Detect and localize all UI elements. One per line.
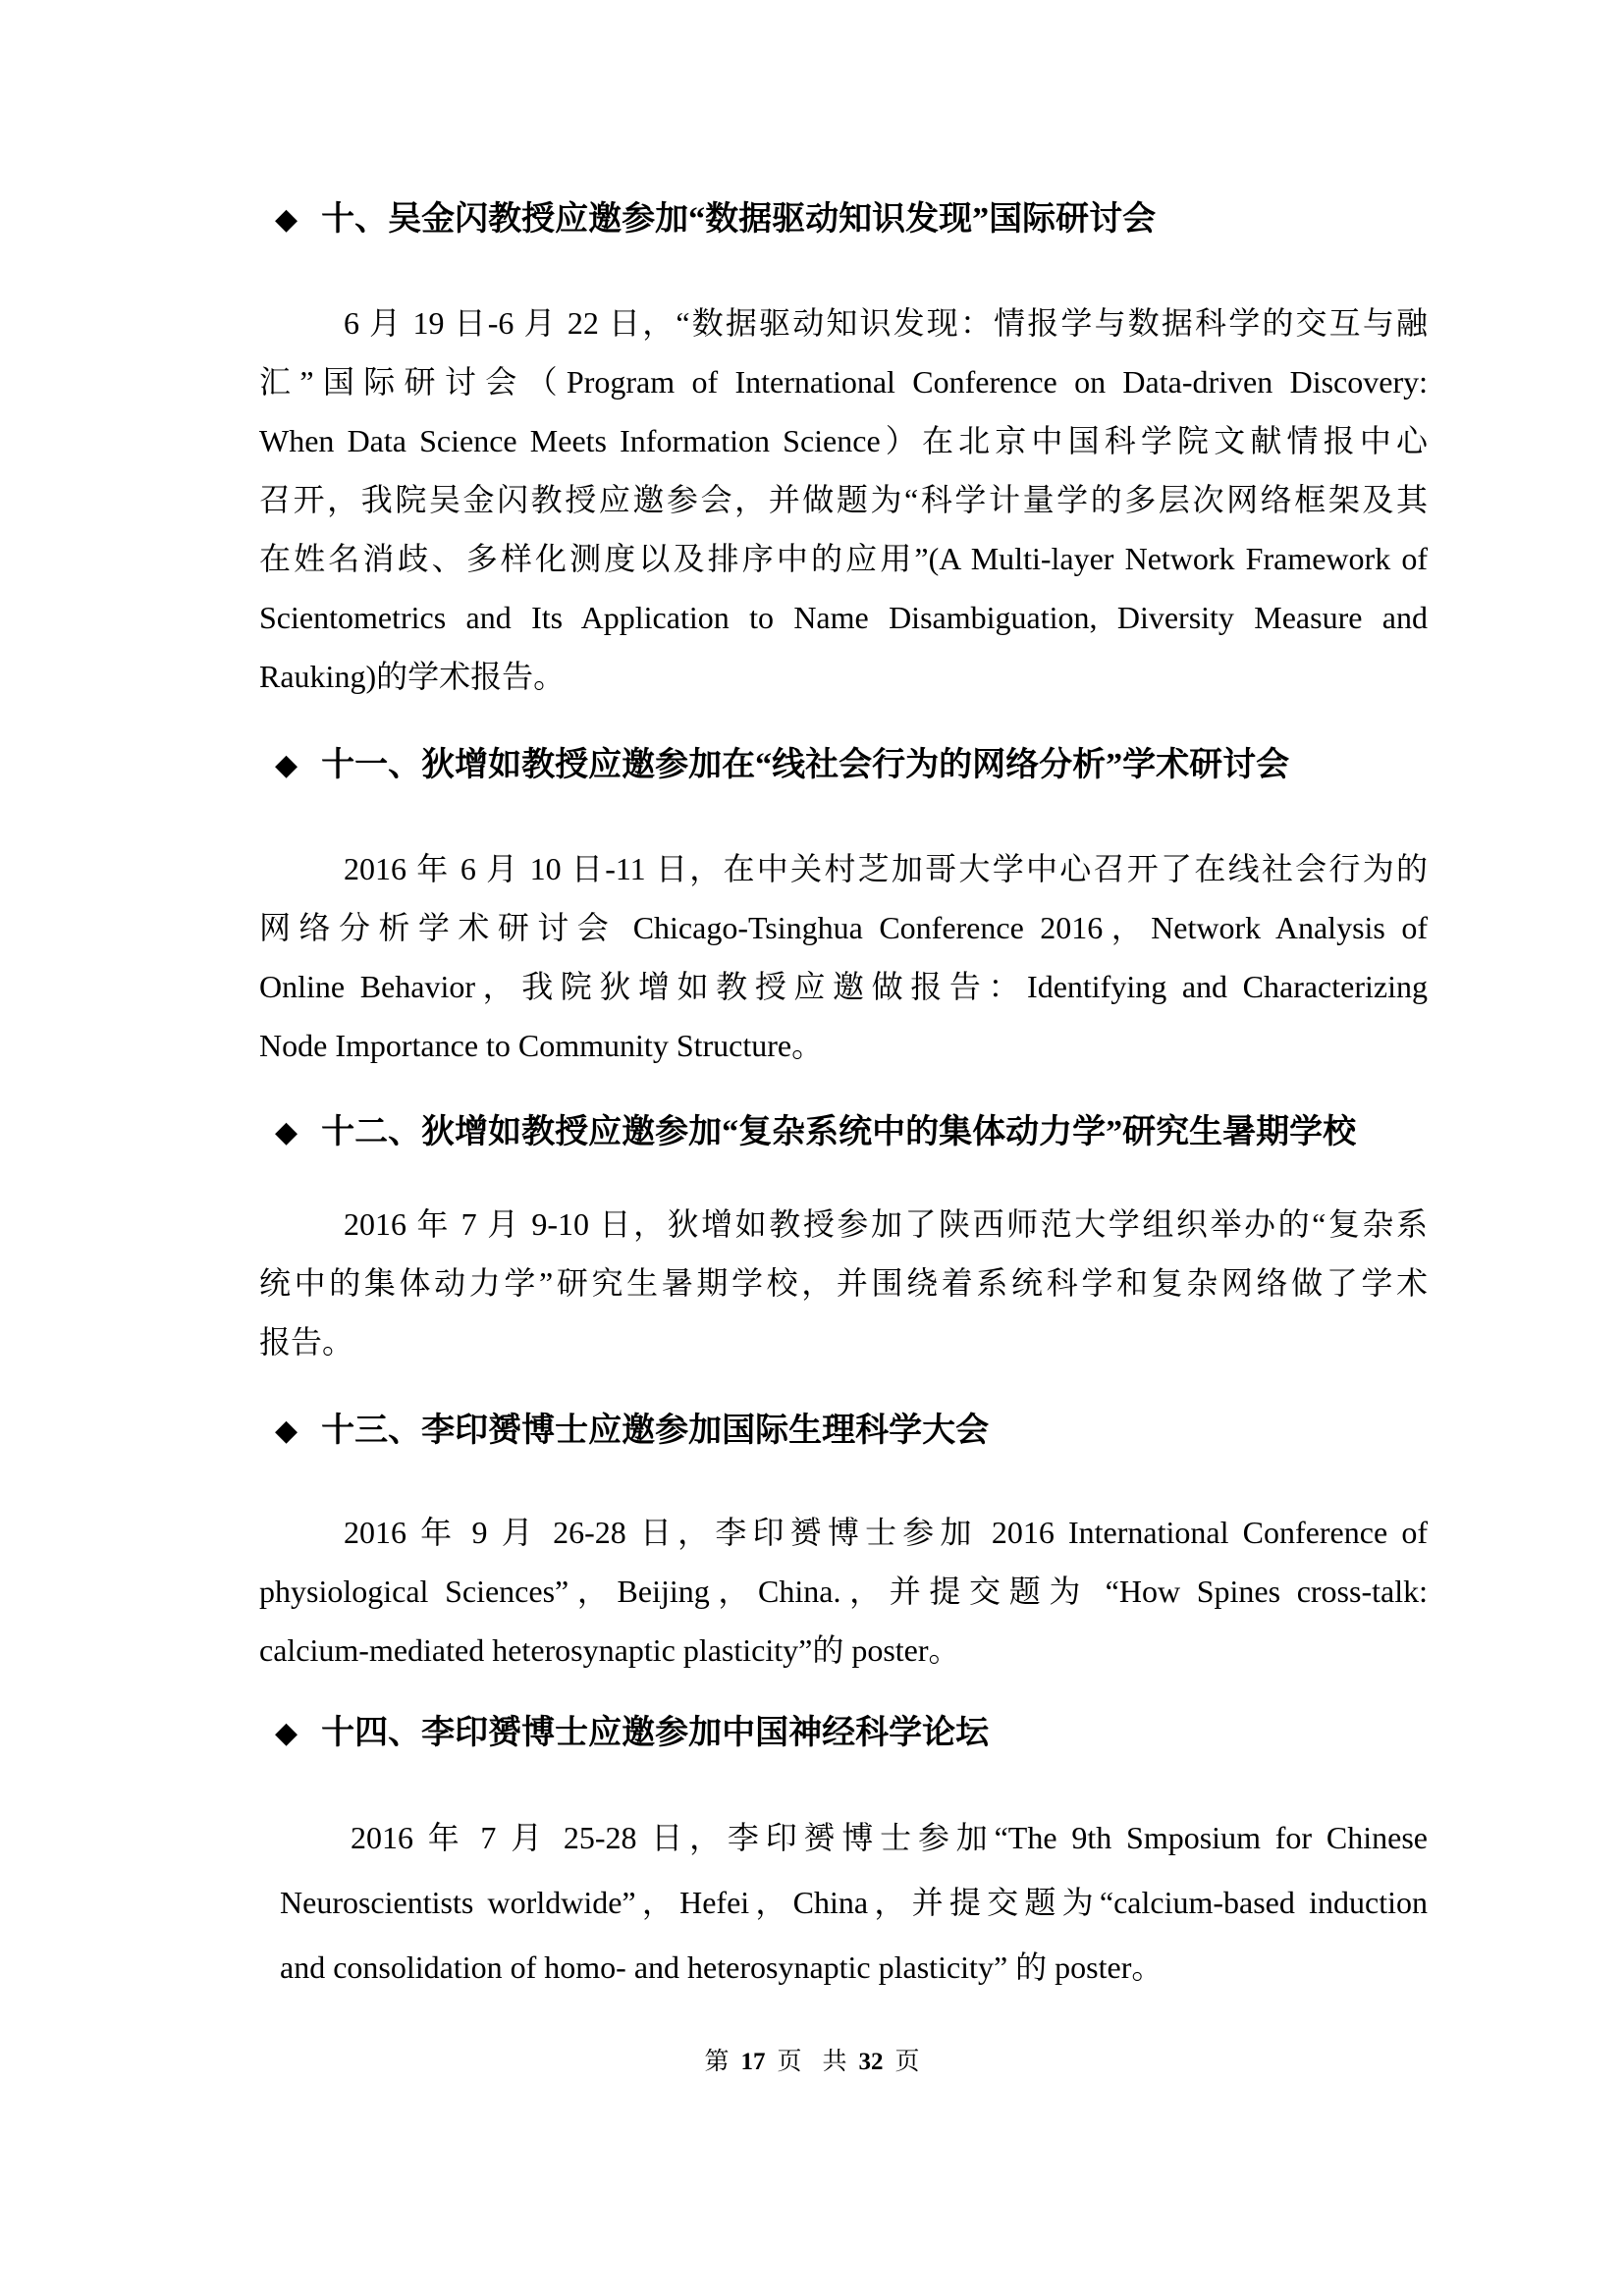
paragraph-line: When Data Science Meets Information Scie…	[259, 411, 1428, 470]
section-heading-text: 十三、李印赟博士应邀参加国际生理科学大会	[321, 1413, 989, 1450]
footer-label-gong: 共	[823, 2049, 847, 2075]
section-paragraph: 2016 年 7 月 9-10 日，狄增如教授参加了陕西师范大学组织举办的“复杂…	[259, 1195, 1428, 1371]
paragraph-line: physiological Sciences”，Beijing，China.，并…	[259, 1562, 1428, 1621]
paragraph-line: and consolidation of homo- and heterosyn…	[280, 1935, 1428, 2000]
paragraph-line: Neuroscientists worldwide”，Hefei，China，并…	[280, 1870, 1428, 1935]
paragraph-line: Rauking)的学术报告。	[259, 647, 1428, 706]
diamond-bullet-icon: ◆	[275, 751, 298, 780]
footer-label-ye2: 页	[895, 2049, 920, 2075]
paragraph-line: 在姓名消歧、多样化测度以及排序中的应用”(A Multi-layer Netwo…	[259, 529, 1428, 588]
paragraph-line: Online Behavior，我院狄增如教授应邀做报告：Identifying…	[259, 957, 1428, 1016]
document-page: ◆ 十、吴金闪教授应邀参加“数据驱动知识发现”国际研讨会 6 月 19 日-6 …	[0, 0, 1624, 2296]
newsletter-content: ◆ 十、吴金闪教授应邀参加“数据驱动知识发现”国际研讨会 6 月 19 日-6 …	[259, 0, 1428, 2000]
news-section: ◆ 十、吴金闪教授应邀参加“数据驱动知识发现”国际研讨会 6 月 19 日-6 …	[259, 201, 1428, 706]
diamond-bullet-icon: ◆	[275, 1719, 298, 1748]
paragraph-line: 2016 年 6 月 10 日-11 日，在中关村芝加哥大学中心召开了在线社会行…	[259, 839, 1428, 898]
paragraph-line: 2016 年 7 月 9-10 日，狄增如教授参加了陕西师范大学组织举办的“复杂…	[259, 1195, 1428, 1254]
section-heading-text: 十、吴金闪教授应邀参加“数据驱动知识发现”国际研讨会	[321, 201, 1156, 239]
paragraph-line: 汇”国际研讨会（Program of International Confere…	[259, 352, 1428, 411]
news-section: ◆ 十四、李印赟博士应邀参加中国神经科学论坛 2016 年 7 月 25-28 …	[259, 1715, 1428, 2000]
paragraph-line: 6 月 19 日-6 月 22 日，“数据驱动知识发现：情报学与数据科学的交互与…	[259, 294, 1428, 352]
footer-total-pages: 32	[859, 2049, 884, 2075]
page-footer: 第17页共32页	[0, 2048, 1624, 2077]
section-heading: ◆ 十、吴金闪教授应邀参加“数据驱动知识发现”国际研讨会	[259, 201, 1428, 239]
diamond-bullet-icon: ◆	[275, 1416, 298, 1446]
paragraph-line: 统中的集体动力学”研究生暑期学校，并围绕着系统科学和复杂网络做了学术	[259, 1254, 1428, 1312]
section-heading-text: 十四、李印赟博士应邀参加中国神经科学论坛	[321, 1715, 989, 1752]
paragraph-line: 召开，我院吴金闪教授应邀参会，并做题为“科学计量学的多层次网络框架及其	[259, 470, 1428, 529]
section-paragraph: 6 月 19 日-6 月 22 日，“数据驱动知识发现：情报学与数据科学的交互与…	[259, 294, 1428, 706]
news-section: ◆ 十一、狄增如教授应邀参加在“线社会行为的网络分析”学术研讨会 2016 年 …	[259, 747, 1428, 1075]
section-heading-text: 十二、狄增如教授应邀参加“复杂系统中的集体动力学”研究生暑期学校	[321, 1114, 1356, 1151]
footer-label-di: 第	[704, 2049, 729, 2075]
section-paragraph: 2016 年 9 月 26-28 日，李印赟博士参加 2016 Internat…	[259, 1503, 1428, 1680]
section-heading-text: 十一、狄增如教授应邀参加在“线社会行为的网络分析”学术研讨会	[321, 747, 1289, 784]
diamond-bullet-icon: ◆	[275, 1118, 298, 1148]
section-heading: ◆ 十二、狄增如教授应邀参加“复杂系统中的集体动力学”研究生暑期学校	[259, 1114, 1428, 1151]
footer-page-number: 17	[740, 2049, 765, 2075]
paragraph-line: 网络分析学术研讨会 Chicago-Tsinghua Conference 20…	[259, 898, 1428, 957]
paragraph-line: 2016 年 7 月 25-28 日，李印赟博士参加“The 9th Smpos…	[280, 1805, 1428, 1870]
paragraph-line: 报告。	[259, 1312, 1428, 1371]
section-heading: ◆ 十四、李印赟博士应邀参加中国神经科学论坛	[259, 1715, 1428, 1752]
section-heading: ◆ 十三、李印赟博士应邀参加国际生理科学大会	[259, 1413, 1428, 1450]
diamond-bullet-icon: ◆	[275, 205, 298, 235]
news-section: ◆ 十三、李印赟博士应邀参加国际生理科学大会 2016 年 9 月 26-28 …	[259, 1413, 1428, 1680]
section-paragraph: 2016 年 7 月 25-28 日，李印赟博士参加“The 9th Smpos…	[259, 1805, 1428, 2000]
footer-label-ye: 页	[777, 2049, 801, 2075]
paragraph-line: 2016 年 9 月 26-28 日，李印赟博士参加 2016 Internat…	[259, 1503, 1428, 1562]
paragraph-line: Node Importance to Community Structure。	[259, 1016, 1428, 1075]
section-heading: ◆ 十一、狄增如教授应邀参加在“线社会行为的网络分析”学术研讨会	[259, 747, 1428, 784]
paragraph-line: calcium-mediated heterosynaptic plastici…	[259, 1621, 1428, 1680]
paragraph-line: Scientometrics and Its Application to Na…	[259, 588, 1428, 647]
news-section: ◆ 十二、狄增如教授应邀参加“复杂系统中的集体动力学”研究生暑期学校 2016 …	[259, 1114, 1428, 1371]
section-paragraph: 2016 年 6 月 10 日-11 日，在中关村芝加哥大学中心召开了在线社会行…	[259, 839, 1428, 1075]
